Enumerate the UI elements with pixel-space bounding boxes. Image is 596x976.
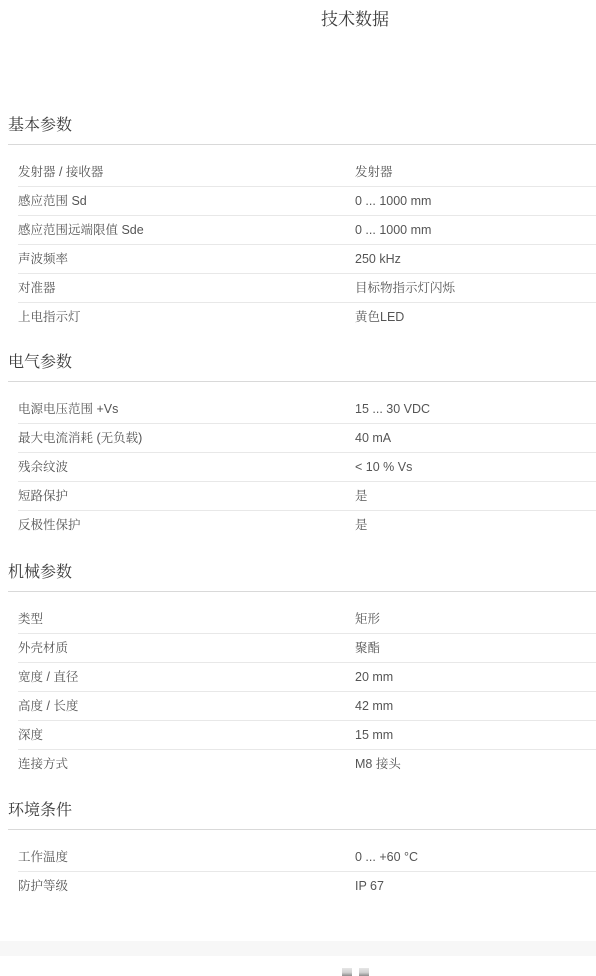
param-value: 0 ... 1000 mm: [355, 194, 596, 208]
parameter-table: 类型 矩形 外壳材质 聚酯 宽度 / 直径 20 mm 高度 / 长度 42 m…: [8, 591, 596, 778]
param-label: 连接方式: [18, 757, 355, 771]
param-value: 40 mA: [355, 431, 596, 445]
param-value: 0 ... 1000 mm: [355, 223, 596, 237]
section-heading: 机械参数: [8, 562, 596, 583]
param-value: 黄色LED: [355, 310, 596, 324]
param-label: 上电指示灯: [18, 310, 355, 324]
param-label: 电源电压范围 +Vs: [18, 402, 355, 416]
table-row: 外壳材质 聚酯: [18, 634, 596, 663]
table-row: 残余纹波 < 10 % Vs: [18, 453, 596, 482]
page-title: 技术数据: [0, 8, 596, 31]
param-label: 对准器: [18, 281, 355, 295]
param-value: 目标物指示灯闪烁: [355, 281, 596, 295]
table-row: 深度 15 mm: [18, 721, 596, 750]
table-row: 反极性保护 是: [18, 511, 596, 539]
param-value: 矩形: [355, 612, 596, 626]
param-label: 感应范围 Sd: [18, 194, 355, 208]
param-value: 0 ... +60 °C: [355, 850, 596, 864]
parameter-table: 工作温度 0 ... +60 °C 防护等级 IP 67: [8, 829, 596, 900]
table-row: 防护等级 IP 67: [18, 872, 596, 900]
param-value: < 10 % Vs: [355, 460, 596, 474]
section-electrical-parameters: 电气参数 电源电压范围 +Vs 15 ... 30 VDC 最大电流消耗 (无负…: [8, 352, 596, 539]
param-label: 宽度 / 直径: [18, 670, 355, 684]
section-environmental-conditions: 环境条件 工作温度 0 ... +60 °C 防护等级 IP 67: [8, 800, 596, 900]
table-row: 对准器 目标物指示灯闪烁: [18, 274, 596, 303]
clipped-glyph-fragment: [342, 968, 352, 976]
table-row: 宽度 / 直径 20 mm: [18, 663, 596, 692]
param-label: 发射器 / 接收器: [18, 165, 355, 179]
param-value: IP 67: [355, 879, 596, 893]
section-heading: 基本参数: [8, 115, 596, 136]
table-row: 工作温度 0 ... +60 °C: [18, 830, 596, 872]
table-row: 电源电压范围 +Vs 15 ... 30 VDC: [18, 382, 596, 424]
param-value: 250 kHz: [355, 252, 596, 266]
param-label: 防护等级: [18, 879, 355, 893]
param-value: 15 mm: [355, 728, 596, 742]
clipped-glyph-fragment: [359, 968, 369, 976]
param-value: 15 ... 30 VDC: [355, 402, 596, 416]
table-row: 短路保护 是: [18, 482, 596, 511]
parameter-table: 发射器 / 接收器 发射器 感应范围 Sd 0 ... 1000 mm 感应范围…: [8, 144, 596, 331]
footer-separator-band: [0, 941, 596, 956]
param-label: 类型: [18, 612, 355, 626]
param-label: 深度: [18, 728, 355, 742]
table-row: 最大电流消耗 (无负载) 40 mA: [18, 424, 596, 453]
table-row: 类型 矩形: [18, 592, 596, 634]
param-value: 聚酯: [355, 641, 596, 655]
param-value: 20 mm: [355, 670, 596, 684]
param-label: 工作温度: [18, 850, 355, 864]
param-value: M8 接头: [355, 757, 596, 771]
section-heading: 环境条件: [8, 800, 596, 821]
table-row: 声波频率 250 kHz: [18, 245, 596, 274]
table-row: 感应范围远端限值 Sde 0 ... 1000 mm: [18, 216, 596, 245]
param-label: 外壳材质: [18, 641, 355, 655]
param-label: 高度 / 长度: [18, 699, 355, 713]
parameter-table: 电源电压范围 +Vs 15 ... 30 VDC 最大电流消耗 (无负载) 40…: [8, 381, 596, 539]
param-label: 短路保护: [18, 489, 355, 503]
section-heading: 电气参数: [8, 352, 596, 373]
table-row: 感应范围 Sd 0 ... 1000 mm: [18, 187, 596, 216]
table-row: 高度 / 长度 42 mm: [18, 692, 596, 721]
param-value: 42 mm: [355, 699, 596, 713]
table-row: 发射器 / 接收器 发射器: [18, 145, 596, 187]
param-label: 反极性保护: [18, 518, 355, 532]
param-label: 残余纹波: [18, 460, 355, 474]
param-label: 最大电流消耗 (无负载): [18, 431, 355, 445]
section-mechanical-parameters: 机械参数 类型 矩形 外壳材质 聚酯 宽度 / 直径 20 mm 高度 / 长度…: [8, 562, 596, 778]
param-value: 是: [355, 518, 596, 532]
clipped-next-section-heading: [0, 968, 596, 976]
param-label: 声波频率: [18, 252, 355, 266]
technical-data-page: 技术数据 基本参数 发射器 / 接收器 发射器 感应范围 Sd 0 ... 10…: [0, 8, 596, 976]
table-row: 连接方式 M8 接头: [18, 750, 596, 778]
section-basic-parameters: 基本参数 发射器 / 接收器 发射器 感应范围 Sd 0 ... 1000 mm…: [8, 115, 596, 331]
param-label: 感应范围远端限值 Sde: [18, 223, 355, 237]
param-value: 是: [355, 489, 596, 503]
param-value: 发射器: [355, 165, 596, 179]
table-row: 上电指示灯 黄色LED: [18, 303, 596, 331]
